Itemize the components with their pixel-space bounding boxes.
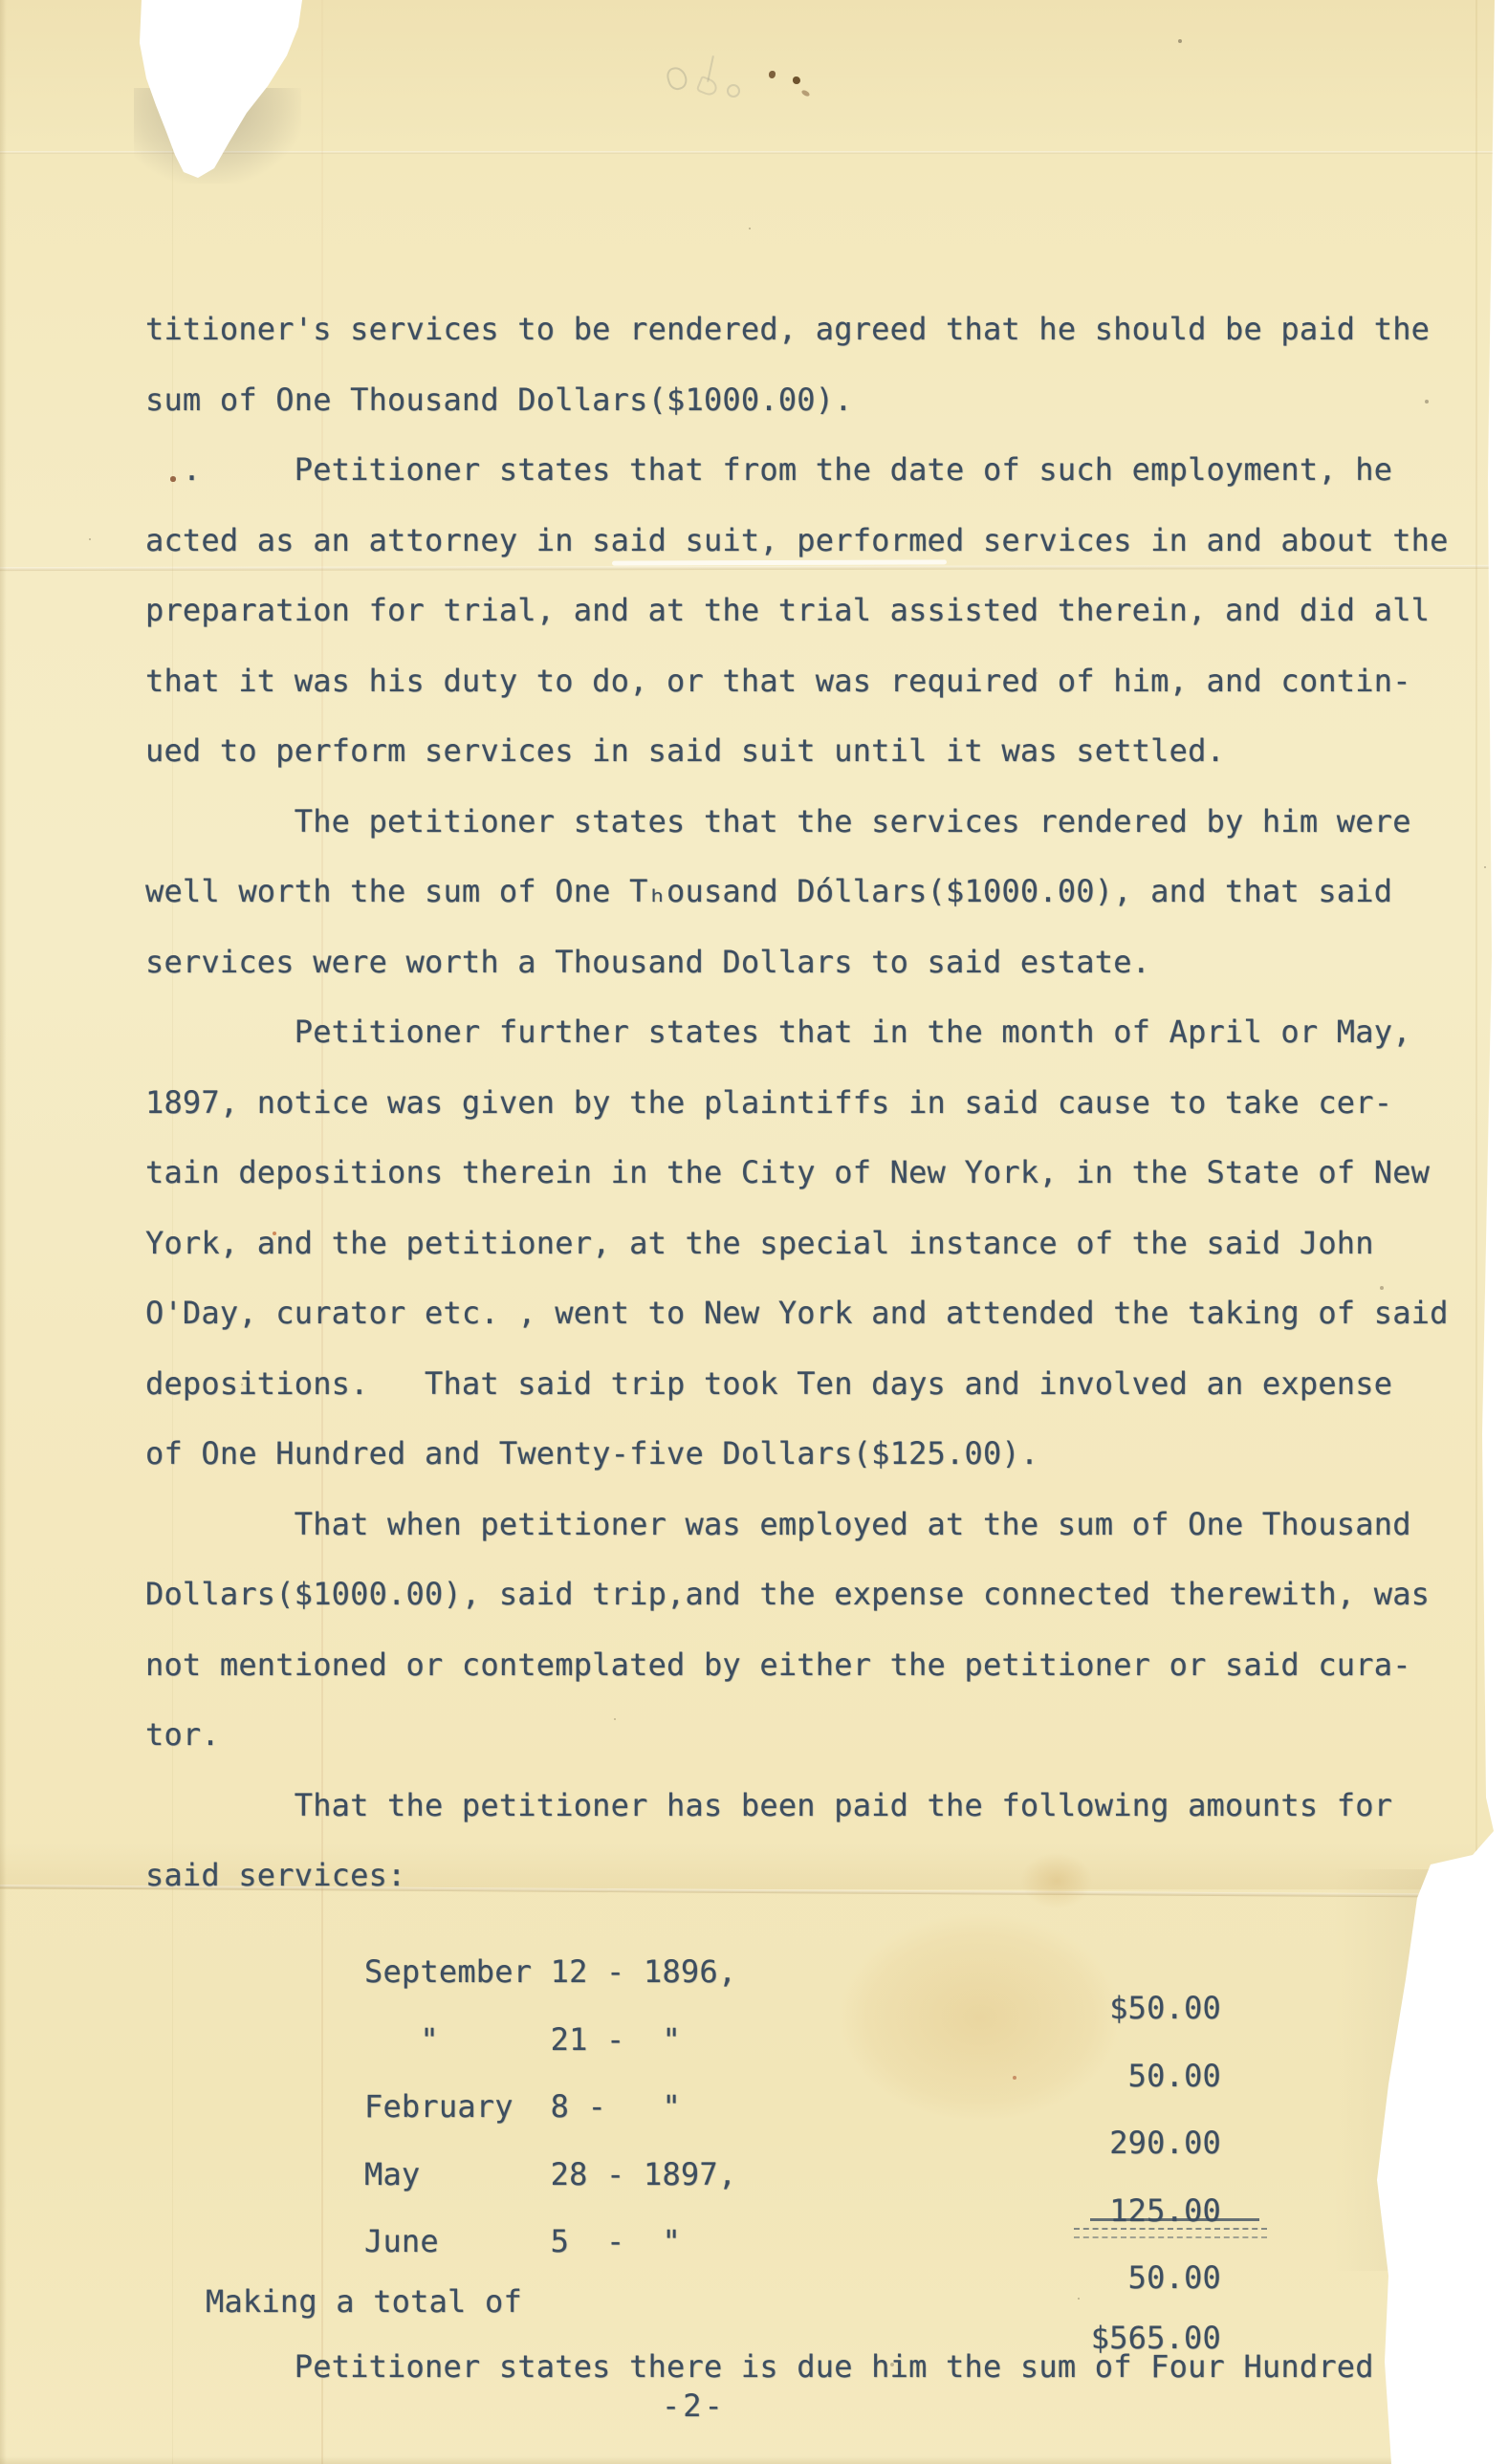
document-line: sum of One Thousand Dollars($1000.00). — [145, 365, 1449, 436]
total-label: Making a total of — [206, 2283, 522, 2320]
document-line: Dollars($1000.00), said trip,and the exp… — [145, 1559, 1449, 1630]
document-line: That when petitioner was employed at the… — [145, 1490, 1449, 1560]
page-number: -2- — [662, 2388, 726, 2424]
fold-crease-vertical — [1475, 0, 1477, 1864]
document-line: York, and the petitioner, at the special… — [145, 1209, 1449, 1279]
total-rule — [1074, 2228, 1267, 2238]
document-line: that it was his duty to do, or that was … — [145, 646, 1449, 717]
document-line: titioner's services to be rendered, agre… — [145, 294, 1449, 365]
document-line: . Petitioner states that from the date o… — [145, 435, 1449, 506]
document-line: tor. — [145, 1700, 1449, 1771]
paper-sheet: titioner's services to be rendered, agre… — [0, 0, 1508, 2464]
closing-line: Petitioner states there is due him the s… — [145, 2348, 1374, 2385]
document-line: well worth the sum of One Tₕousand Dólla… — [145, 857, 1449, 927]
document-line: 1897, notice was given by the plaintiffs… — [145, 1068, 1449, 1139]
document-line: services were worth a Thousand Dollars t… — [145, 927, 1449, 998]
document-line: not mentioned or contemplated by either … — [145, 1630, 1449, 1701]
torn-hole-shadow — [134, 88, 301, 184]
document-line: depositions. That said trip took Ten day… — [145, 1349, 1449, 1420]
document-line: O'Day, curator etc. , went to New York a… — [145, 1278, 1449, 1349]
document-line: of One Hundred and Twenty-five Dollars($… — [145, 1419, 1449, 1490]
document-line: That the petitioner has been paid the fo… — [145, 1771, 1449, 1842]
document-line: said services: — [145, 1841, 1449, 1911]
document-line: preparation for trial, and at the trial … — [145, 576, 1449, 646]
paper-edge-shading — [0, 2456, 1508, 2464]
document-line: The petitioner states that the services … — [145, 787, 1449, 858]
ink-blot — [793, 76, 800, 84]
document-line: acted as an attorney in said suit, perfo… — [145, 506, 1449, 577]
ink-blot — [800, 89, 810, 98]
ink-specks — [0, 0, 2, 2]
amount-underline — [1090, 2218, 1259, 2221]
pencil-scribble — [727, 84, 740, 98]
pencil-scribble — [665, 65, 689, 92]
document-body: titioner's services to be rendered, agre… — [145, 294, 1449, 1911]
ink-blot — [769, 71, 776, 78]
document-line: tain depositions therein in the City of … — [145, 1138, 1449, 1209]
document-line: ued to perform services in said suit unt… — [145, 716, 1449, 787]
pencil-scribble — [696, 76, 720, 98]
document-line: Petitioner further states that in the mo… — [145, 997, 1449, 1068]
